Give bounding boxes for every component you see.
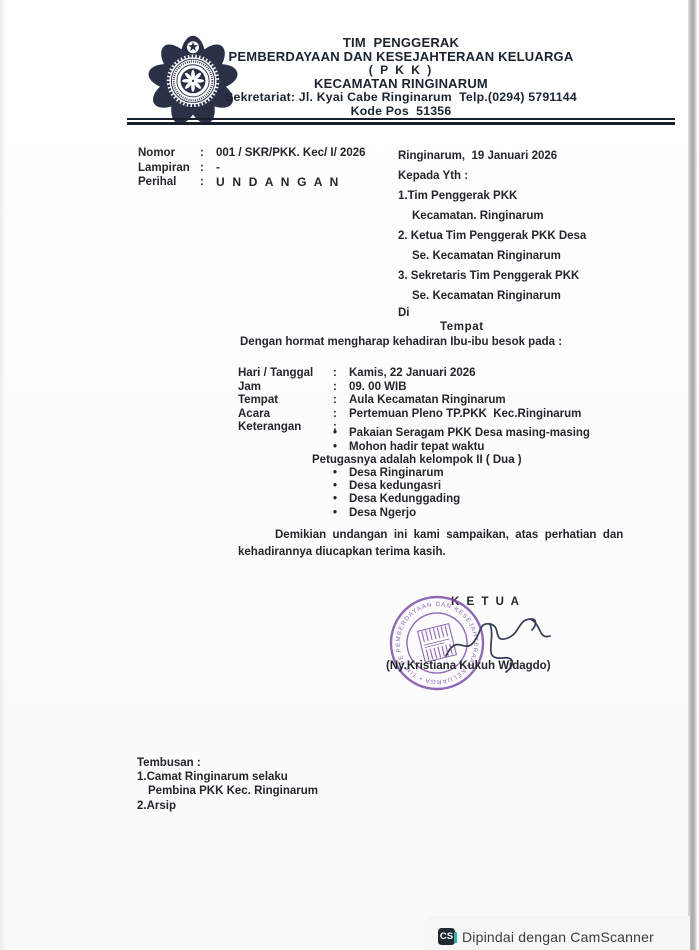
tembusan-item-1-cont: Pembina PKK Kec. Ringinarum xyxy=(137,784,318,798)
camscanner-icon: CS xyxy=(438,928,455,945)
org-name-line2: PEMBERDAYAAN DAN KESEJAHTERAAN KELUARGA xyxy=(168,50,634,64)
detail-row-jam: Jam : 09. 00 WIB xyxy=(238,381,581,395)
note-item: Pakaian Seragam PKK Desa masing-masing xyxy=(331,427,590,441)
scan-edge-right xyxy=(688,0,697,950)
tempat-colon: : xyxy=(333,394,349,408)
petugas-group-line: Petugasnya adalah kelompok II ( Dua ) xyxy=(312,454,522,466)
org-postal-code: Kode Pos 51356 xyxy=(168,105,634,119)
perihal-value: U N D A N G A N xyxy=(216,175,341,190)
detail-row-acara: Acara : Pertemuan Pleno TP.PKK Kec.Ringi… xyxy=(238,408,581,422)
recipient-3-main: 3. Sekretaris Tim Penggerak PKK xyxy=(398,266,683,286)
village-item: Desa Ngerjo xyxy=(331,507,460,520)
tembusan-block: Tembusan : 1.Camat Ringinarum selaku Pem… xyxy=(137,756,318,813)
acara-colon: : xyxy=(333,408,349,422)
org-district: KECAMATAN RINGINARUM xyxy=(168,77,634,91)
letterhead-rule-thick xyxy=(127,122,675,125)
meta-row-lampiran: Lampiran : - xyxy=(138,161,366,176)
tembusan-heading: Tembusan : xyxy=(137,756,318,770)
acara-value: Pertemuan Pleno TP.PKK Kec.Ringinarum xyxy=(349,408,581,422)
perihal-colon: : xyxy=(200,175,216,190)
letterhead-rule-thin xyxy=(127,118,675,120)
recipient-block: Ringinarum, 19 Januari 2026 Kepada Yth :… xyxy=(398,146,683,334)
village-item: Desa Ringinarum xyxy=(331,467,460,480)
recipient-2-main: 2. Ketua Tim Penggerak PKK Desa xyxy=(398,226,683,246)
recipient-1-main: 1.Tim Penggerak PKK xyxy=(398,186,683,206)
org-address: Sekretariat: Jl. Kyai Cabe Ringinarum Te… xyxy=(168,91,634,105)
letter-meta: Nomor : 001 / SKR/PKK. Kec/ I/ 2026 Lamp… xyxy=(138,146,366,190)
tembusan-item-2: 2.Arsip xyxy=(137,799,318,813)
village-item: Desa kedungasri xyxy=(331,480,460,493)
meta-row-perihal: Perihal : U N D A N G A N xyxy=(138,175,366,190)
signatory-name: (Ny.Kristiana Kukuh Widagdo) xyxy=(386,660,551,672)
meta-row-nomor: Nomor : 001 / SKR/PKK. Kec/ I/ 2026 xyxy=(138,146,366,161)
recipient-tempat: Tempat xyxy=(398,321,683,334)
city-date: Ringinarum, 19 Januari 2026 xyxy=(398,146,683,166)
nomor-value: 001 / SKR/PKK. Kec/ I/ 2026 xyxy=(216,146,366,161)
event-details: Hari / Tanggal : Kamis, 22 Januari 2026 … xyxy=(238,367,581,435)
acara-label: Acara xyxy=(238,408,333,422)
lampiran-label: Lampiran xyxy=(138,161,200,176)
lampiran-value: - xyxy=(216,161,220,176)
lampiran-colon: : xyxy=(200,161,216,176)
village-item: Desa Kedunggading xyxy=(331,493,460,506)
note-item: Mohon hadir tepat waktu xyxy=(331,441,590,455)
letterhead: TIM PENGGERAK PEMBERDAYAAN DAN KESEJAHTE… xyxy=(168,36,634,119)
recipient-3-sub: Se. Kecamatan Ringinarum xyxy=(398,286,683,306)
recipient-1-sub: Kecamatan. Ringinarum xyxy=(398,206,683,226)
perihal-label: Perihal xyxy=(138,175,200,190)
scan-edge-left xyxy=(0,0,6,950)
jam-label: Jam xyxy=(238,381,333,395)
opening-sentence: Dengan hormat mengharap kehadiran Ibu-ib… xyxy=(240,336,562,348)
recipient-2-sub: Se. Kecamatan Ringinarum xyxy=(398,246,683,266)
nomor-label: Nomor xyxy=(138,146,200,161)
detail-row-tempat: Tempat : Aula Kecamatan Ringinarum xyxy=(238,394,581,408)
nomor-colon: : xyxy=(200,146,216,161)
tembusan-item-1: 1.Camat Ringinarum selaku xyxy=(137,770,318,784)
tempat-value: Aula Kecamatan Ringinarum xyxy=(349,394,506,408)
keterangan-notes: Pakaian Seragam PKK Desa masing-masing M… xyxy=(331,427,590,455)
org-name-line1: TIM PENGGERAK xyxy=(168,36,634,50)
closing-paragraph: Demikian undangan ini kami sampaikan, at… xyxy=(238,527,686,560)
tempat-label: Tempat xyxy=(238,394,333,408)
jam-colon: : xyxy=(333,381,349,395)
kepada-yth: Kepada Yth : xyxy=(398,166,683,186)
village-list: Desa Ringinarum Desa kedungasri Desa Ked… xyxy=(331,467,460,520)
detail-row-hari: Hari / Tanggal : Kamis, 22 Januari 2026 xyxy=(238,367,581,381)
closing-line-1: Demikian undangan ini kami sampaikan, at… xyxy=(238,527,686,544)
keterangan-label: Keterangan xyxy=(238,421,333,435)
camscanner-text: Dipindai dengan CamScanner xyxy=(462,929,654,945)
hari-label: Hari / Tanggal xyxy=(238,367,333,381)
closing-line-2: kehadirannya diucapkan terima kasih. xyxy=(238,544,686,561)
org-abbreviation: ( P K K ) xyxy=(168,64,634,78)
recipient-di: Di xyxy=(398,306,683,321)
hari-value: Kamis, 22 Januari 2026 xyxy=(349,367,476,381)
hari-colon: : xyxy=(333,367,349,381)
jam-value: 09. 00 WIB xyxy=(349,381,407,395)
